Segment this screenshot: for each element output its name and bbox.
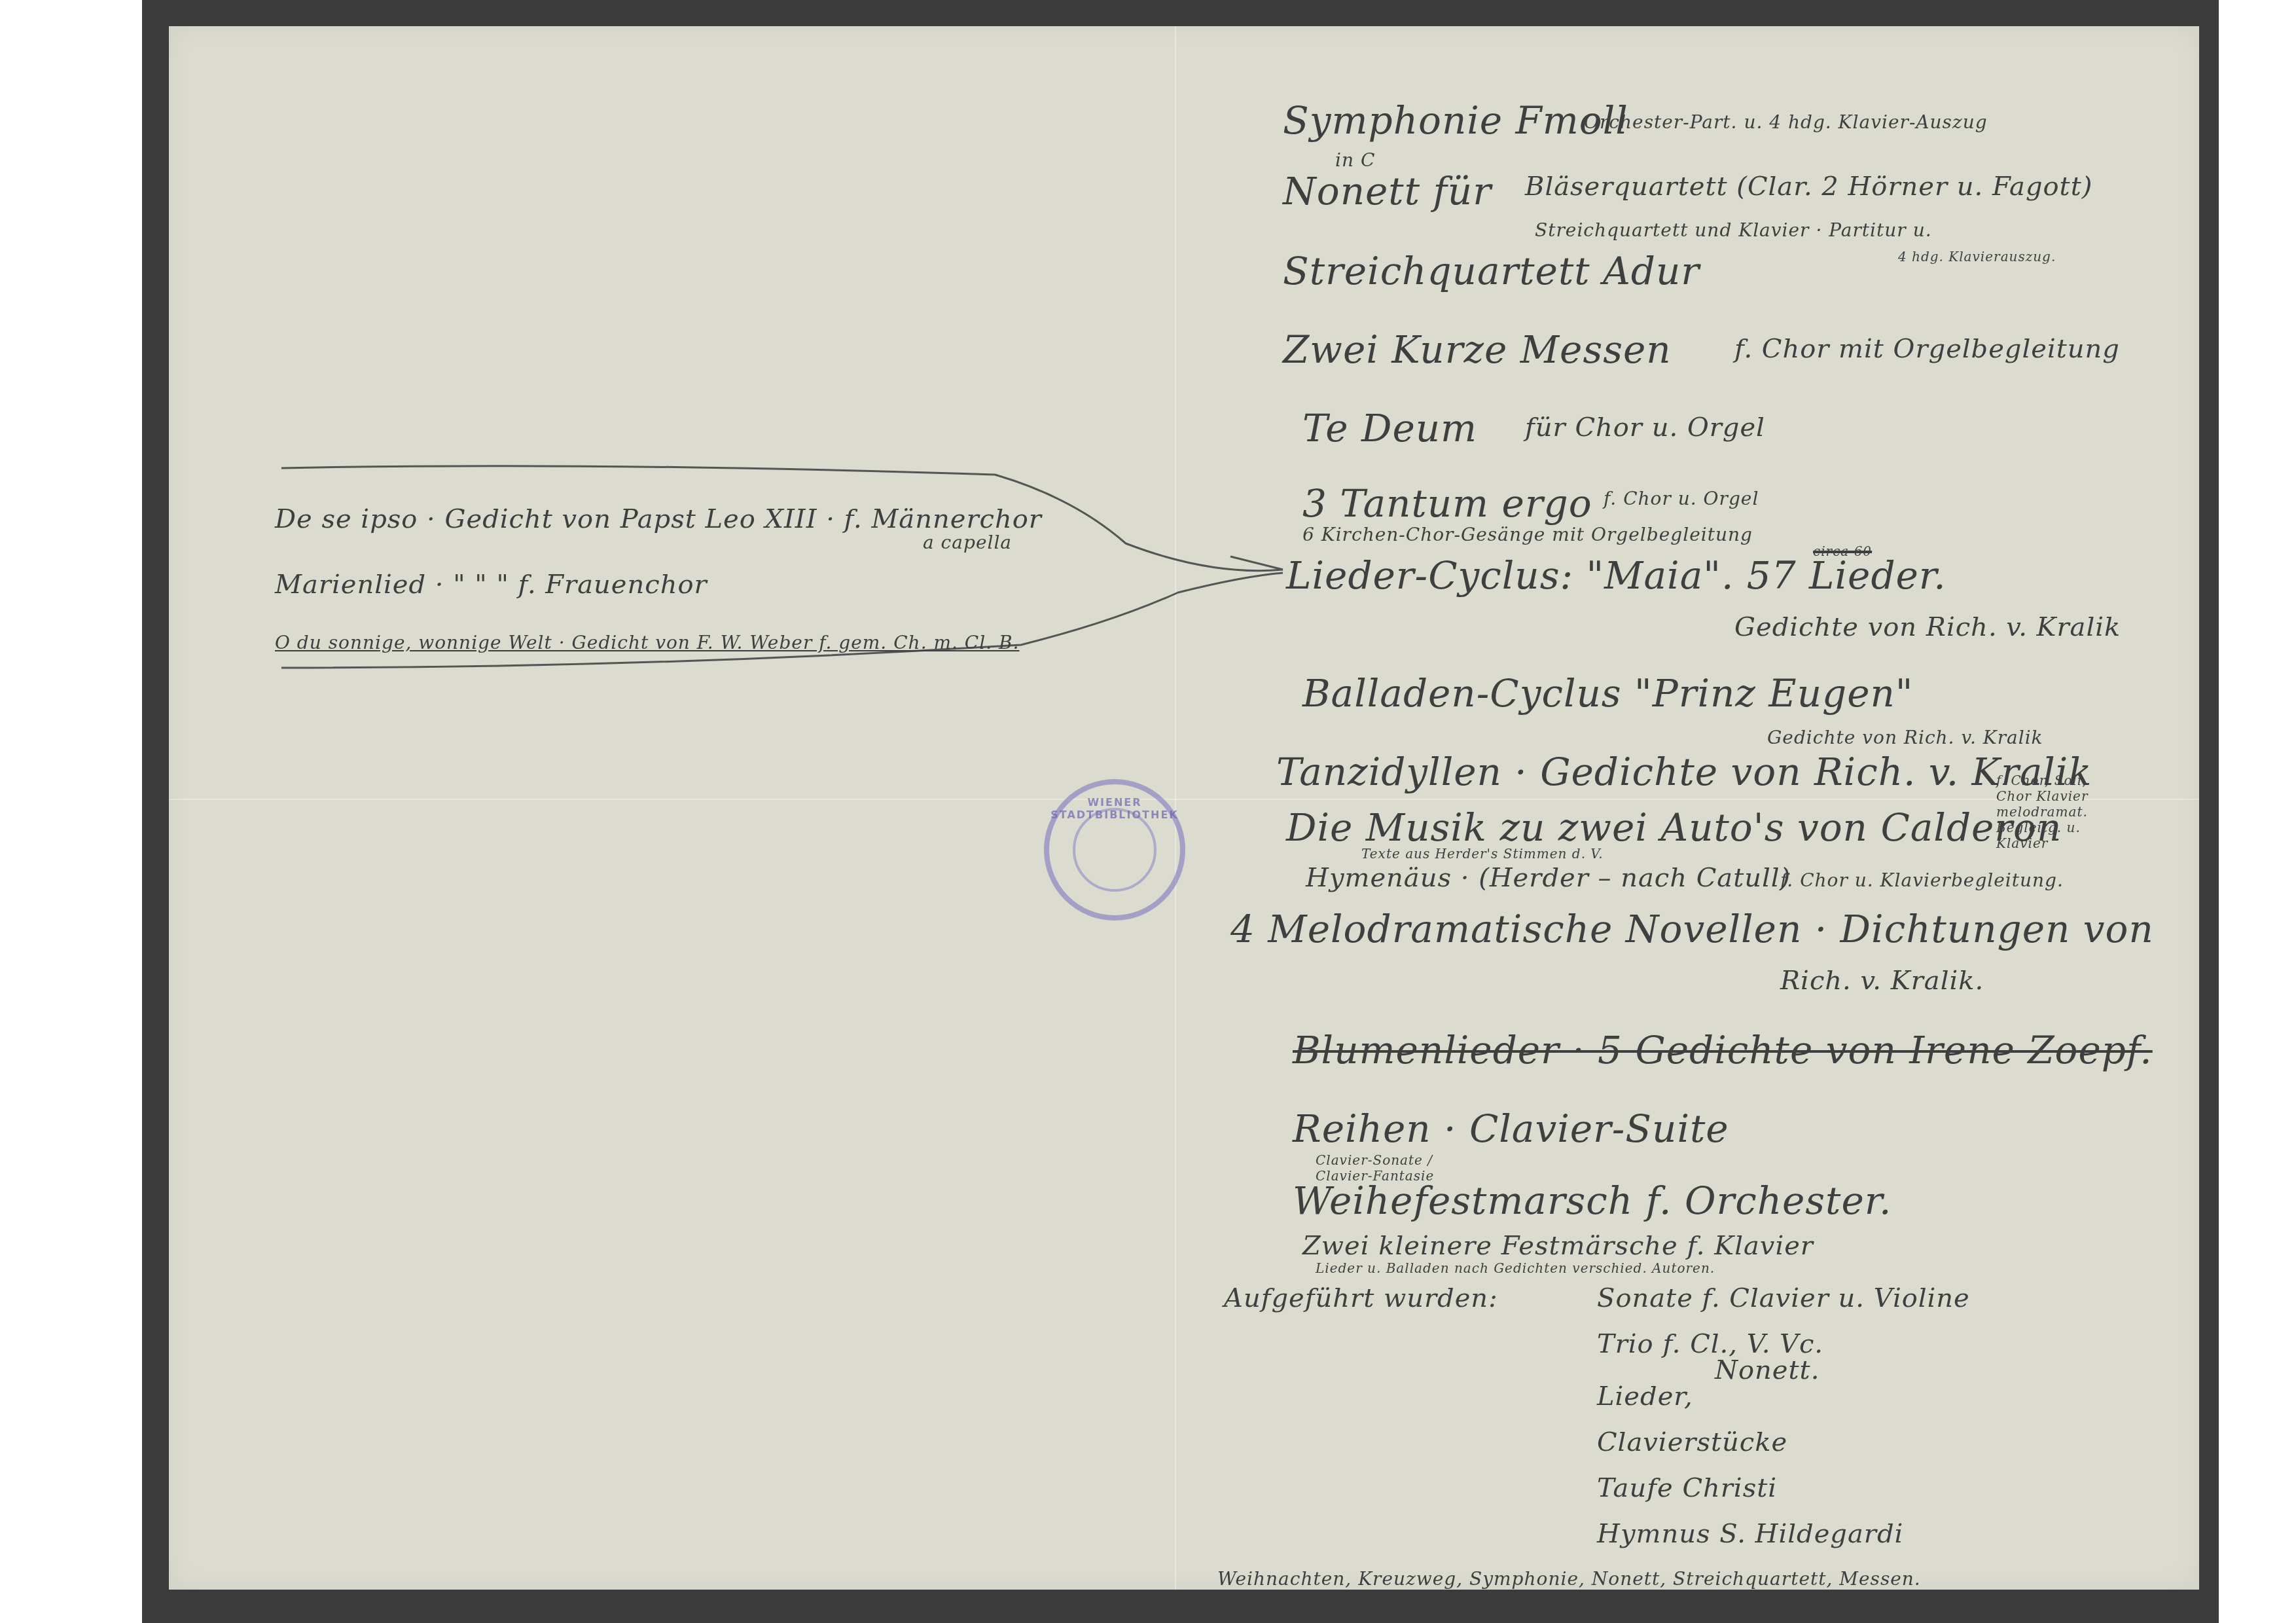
work-tanzidyllen: Tanzidyllen · Gedichte von Rich. v. Kral… — [1276, 750, 2092, 794]
performed-item-taufe-christi: Taufe Christi — [1597, 1473, 1777, 1503]
work-festmaersche: Zwei kleinere Festmärsche f. Klavier — [1302, 1231, 1814, 1261]
work-hymenaeus-note: f. Chor u. Klavierbegleitung. — [1780, 869, 2064, 891]
work-melodramatische-note: Rich. v. Kralik. — [1780, 966, 1984, 996]
library-stamp: WIENER STADTBIBLIOTHEK — [1044, 779, 1185, 921]
performed-footer: Weihnachten, Kreuzweg, Symphonie, Nonett… — [1217, 1568, 1921, 1590]
work-festmaersche-note: Lieder u. Balladen nach Gedichten versch… — [1316, 1260, 1715, 1276]
work-nonett-superscript: in C — [1335, 149, 1375, 171]
left-line-de-se-ipso: De se ipso · Gedicht von Papst Leo XIII … — [275, 504, 1042, 534]
work-calderon-title: Die Musik zu zwei Auto's von Calderon — [1286, 805, 2062, 850]
work-te-deum-note: für Chor u. Orgel — [1525, 412, 1765, 443]
work-melodramatische-title: 4 Melodramatische Novellen · Dichtungen … — [1230, 907, 2154, 951]
work-streichquartett: Streichquartett Adur — [1283, 249, 1700, 293]
work-balladen-note: Gedichte von Rich. v. Kralik — [1767, 727, 2043, 748]
performed-item-lieder: Lieder, — [1597, 1381, 1693, 1412]
work-calderon-note: f. Chor, Soli, Chor Klavier melodramat. … — [1996, 773, 2094, 851]
work-lieder-cyclus-title: Lieder-Cyclus: "Maia". 57 Lieder. — [1286, 553, 1946, 598]
left-line-marienlied: Marienlied · " " " f. Frauenchor — [275, 570, 708, 600]
work-symphonie-title: Symphonie Fmoll — [1283, 98, 1628, 143]
work-nonett-detail: Bläserquartett (Clar. 2 Hörner u. Fagott… — [1525, 172, 2092, 202]
performed-item-hymnus: Hymnus S. Hildegardi — [1597, 1519, 1903, 1549]
work-tantum-ergo-note: f. Chor u. Orgel — [1604, 488, 1759, 509]
work-reihen: Reihen · Clavier-Suite — [1293, 1106, 1729, 1151]
left-line-de-se-ipso-note: a capella — [923, 532, 1012, 553]
work-nonett-detail2: Streichquartett und Klavier · Partitur u… — [1535, 219, 1932, 241]
work-symphonie-note: Orchester-Part. u. 4 hdg. Klavier-Auszug — [1584, 111, 1988, 133]
performed-item-clavierstuecke: Clavierstücke — [1597, 1427, 1787, 1457]
performed-label: Aufgeführt wurden: — [1224, 1283, 1498, 1313]
work-lieder-cyclus-note: Gedichte von Rich. v. Kralik — [1734, 612, 2121, 642]
stamp-text: WIENER STADTBIBLIOTHEK — [1049, 796, 1180, 821]
work-blumenlieder-struck: Blumenlieder · 5 Gedichte von Irene Zoep… — [1293, 1028, 2153, 1072]
work-te-deum-title: Te Deum — [1302, 406, 1477, 450]
work-hymenaeus-superscript: Texte aus Herder's Stimmen d. V. — [1361, 846, 1604, 862]
work-nonett-title: Nonett für — [1283, 169, 1492, 213]
left-line-o-du-sonnige: O du sonnige, wonnige Welt · Gedicht von… — [275, 632, 1019, 653]
work-kirchen-chor: 6 Kirchen-Chor-Gesänge mit Orgelbegleitu… — [1302, 524, 1753, 545]
work-balladen-title: Balladen-Cyclus "Prinz Eugen" — [1302, 671, 1914, 716]
work-tantum-ergo-title: 3 Tantum ergo — [1302, 481, 1592, 526]
work-zwei-messen-title: Zwei Kurze Messen — [1283, 327, 1672, 372]
performed-item-sonate: Sonate f. Clavier u. Violine — [1597, 1283, 1970, 1313]
work-zwei-messen-note: f. Chor mit Orgelbegleitung — [1734, 334, 2120, 364]
work-nonett-detail3: 4 hdg. Klavierauszug. — [1898, 249, 2056, 264]
work-hymenaeus-title: Hymenäus · (Herder – nach Catull) — [1306, 863, 1791, 893]
performed-item-nonett: Nonett. — [1715, 1355, 1820, 1385]
work-weihefestmarsch: Weihefestmarsch f. Orchester. — [1293, 1178, 1892, 1223]
